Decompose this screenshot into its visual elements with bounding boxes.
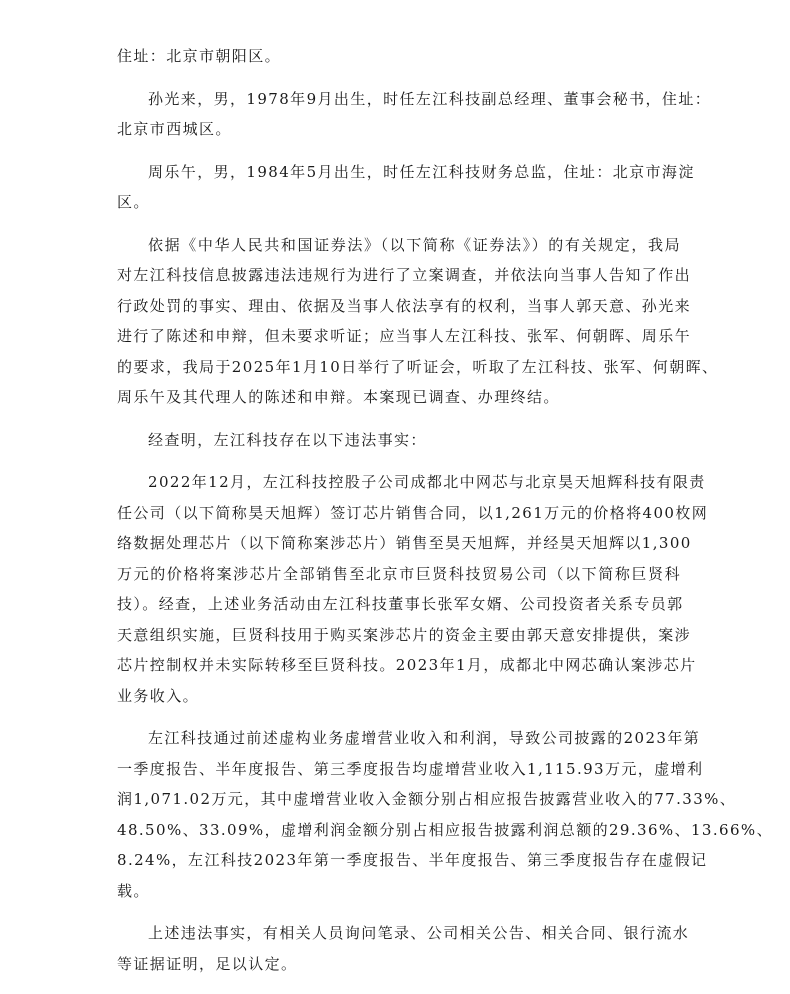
paragraph: 2022年12月，左江科技控股子公司成都北中网芯与北京昊天旭辉科技有限责任公司（…: [117, 467, 681, 711]
text-line: 北京市西城区。: [117, 114, 681, 145]
paragraph: 左江科技通过前述虚构业务虚增营业收入和利润，导致公司披露的2023年第一季度报告…: [117, 723, 681, 906]
text-line: 孙光来，男，1978年9月出生，时任左江科技副总经理、董事会秘书，住址：: [117, 84, 681, 115]
text-line: 经查明，左江科技存在以下违法事实：: [117, 425, 681, 456]
text-line: 芯片控制权并未实际转移至巨贤科技。2023年1月，成都北中网芯确认案涉芯片: [117, 650, 681, 681]
text-line: 络数据处理芯片（以下简称案涉芯片）销售至昊天旭辉，并经昊天旭辉以1,300: [117, 528, 681, 559]
text-line: 载。: [117, 876, 681, 907]
paragraph: 上述违法事实，有相关人员询问笔录、公司相关公告、相关合同、银行流水等证据证明，足…: [117, 918, 681, 979]
text-line: 对左江科技信息披露违法违规行为进行了立案调查，并依法向当事人告知了作出: [117, 260, 681, 291]
text-line: 的要求，我局于2025年1月10日举行了听证会，听取了左江科技、张军、何朝晖、: [117, 352, 681, 383]
text-line: 进行了陈述和申辩，但未要求听证；应当事人左江科技、张军、何朝晖、周乐午: [117, 321, 681, 352]
paragraph: 经查明，左江科技存在以下违法事实：: [117, 425, 681, 456]
text-line: 48.50%、33.09%，虚增利润金额分别占相应报告披露利润总额的29.36%…: [117, 815, 681, 846]
text-line: 万元的价格将案涉芯片全部销售至北京市巨贤科技贸易公司（以下简称巨贤科: [117, 559, 681, 590]
text-line: 一季度报告、半年度报告、第三季度报告均虚增营业收入1,115.93万元，虚增利: [117, 754, 681, 785]
text-line: 住址：北京市朝阳区。: [117, 41, 681, 72]
text-line: 8.24%，左江科技2023年第一季度报告、半年度报告、第三季度报告存在虚假记: [117, 845, 681, 876]
text-line: 左江科技通过前述虚构业务虚增营业收入和利润，导致公司披露的2023年第: [117, 723, 681, 754]
text-line: 润1,071.02万元，其中虚增营业收入金额分别占相应报告披露营业收入的77.3…: [117, 784, 681, 815]
paragraph: 住址：北京市朝阳区。: [117, 41, 681, 72]
text-line: 行政处罚的事实、理由、依据及当事人依法享有的权利，当事人郭天意、孙光来: [117, 291, 681, 322]
text-line: 区。: [117, 187, 681, 218]
text-line: 周乐午及其代理人的陈述和申辩。本案现已调查、办理终结。: [117, 382, 681, 413]
text-line: 业务收入。: [117, 681, 681, 712]
text-line: 依据《中华人民共和国证券法》（以下简称《证券法》）的有关规定，我局: [117, 230, 681, 261]
paragraph: 孙光来，男，1978年9月出生，时任左江科技副总经理、董事会秘书，住址：北京市西…: [117, 84, 681, 145]
document-page: 住址：北京市朝阳区。孙光来，男，1978年9月出生，时任左江科技副总经理、董事会…: [117, 41, 681, 991]
paragraph: 依据《中华人民共和国证券法》（以下简称《证券法》）的有关规定，我局对左江科技信息…: [117, 230, 681, 413]
text-line: 上述违法事实，有相关人员询问笔录、公司相关公告、相关合同、银行流水: [117, 918, 681, 949]
text-line: 天意组织实施，巨贤科技用于购买案涉芯片的资金主要由郭天意安排提供，案涉: [117, 620, 681, 651]
text-line: 任公司（以下简称昊天旭辉）签订芯片销售合同，以1,261万元的价格将400枚网: [117, 498, 681, 529]
text-line: 技）。经查，上述业务活动由左江科技董事长张军女婿、公司投资者关系专员郭: [117, 589, 681, 620]
text-line: 2022年12月，左江科技控股子公司成都北中网芯与北京昊天旭辉科技有限责: [117, 467, 681, 498]
paragraph: 周乐午，男，1984年5月出生，时任左江科技财务总监，住址：北京市海淀区。: [117, 157, 681, 218]
text-line: 等证据证明，足以认定。: [117, 949, 681, 980]
text-line: 周乐午，男，1984年5月出生，时任左江科技财务总监，住址：北京市海淀: [117, 157, 681, 188]
